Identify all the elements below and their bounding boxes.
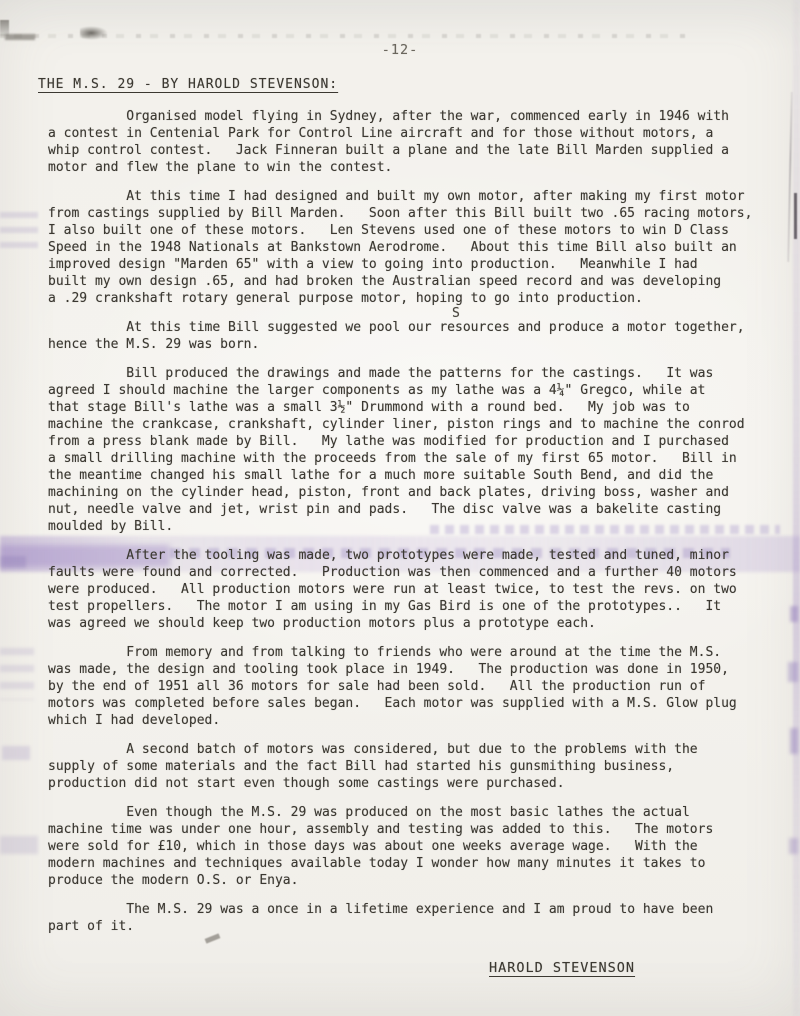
bleedthrough-mark <box>0 836 38 854</box>
paragraph-9: The M.S. 29 was a once in a lifetime exp… <box>48 901 780 935</box>
scan-smudge <box>5 34 35 40</box>
paragraph-3: At this time Bill suggested we pool our … <box>48 319 780 353</box>
paragraph-4: Bill produced the drawings and made the … <box>48 365 780 535</box>
bleedthrough-mark <box>789 838 798 854</box>
scan-ink-smudge <box>80 26 108 40</box>
paragraph-8: Even though the M.S. 29 was produced on … <box>48 804 780 889</box>
edge-ink-mark <box>794 193 797 239</box>
bleedthrough-mark <box>790 728 798 754</box>
scanned-document-page: -12- THE M.S. 29 - BY HAROLD STEVENSON: … <box>0 0 800 1016</box>
bleedthrough-mark <box>0 556 26 568</box>
bleedthrough-mark <box>788 662 798 682</box>
article-title: THE M.S. 29 - BY HAROLD STEVENSON: <box>38 77 338 92</box>
scan-corner-mark <box>0 20 9 36</box>
paragraph-6: From memory and from talking to friends … <box>48 644 780 729</box>
author-signature: HAROLD STEVENSON <box>489 960 635 976</box>
bleedthrough-mark <box>2 746 30 760</box>
paragraph-5: After the tooling was made, two prototyp… <box>48 547 780 632</box>
paragraph-2: At this time I had designed and built my… <box>48 188 780 307</box>
bleedthrough-mark <box>0 648 34 700</box>
paragraph-7: A second batch of motors was considered,… <box>48 741 780 792</box>
bleedthrough-mark <box>790 606 798 622</box>
page-number: -12- <box>0 42 800 58</box>
article-body: Organised model flying in Sydney, after … <box>48 108 780 947</box>
scan-noise-streak <box>0 34 690 38</box>
paper-crease <box>787 92 793 262</box>
bleedthrough-edge-streak <box>793 0 800 1016</box>
stray-typed-character: S <box>452 306 460 321</box>
bleedthrough-mark <box>0 212 38 256</box>
paragraph-1: Organised model flying in Sydney, after … <box>48 108 780 176</box>
